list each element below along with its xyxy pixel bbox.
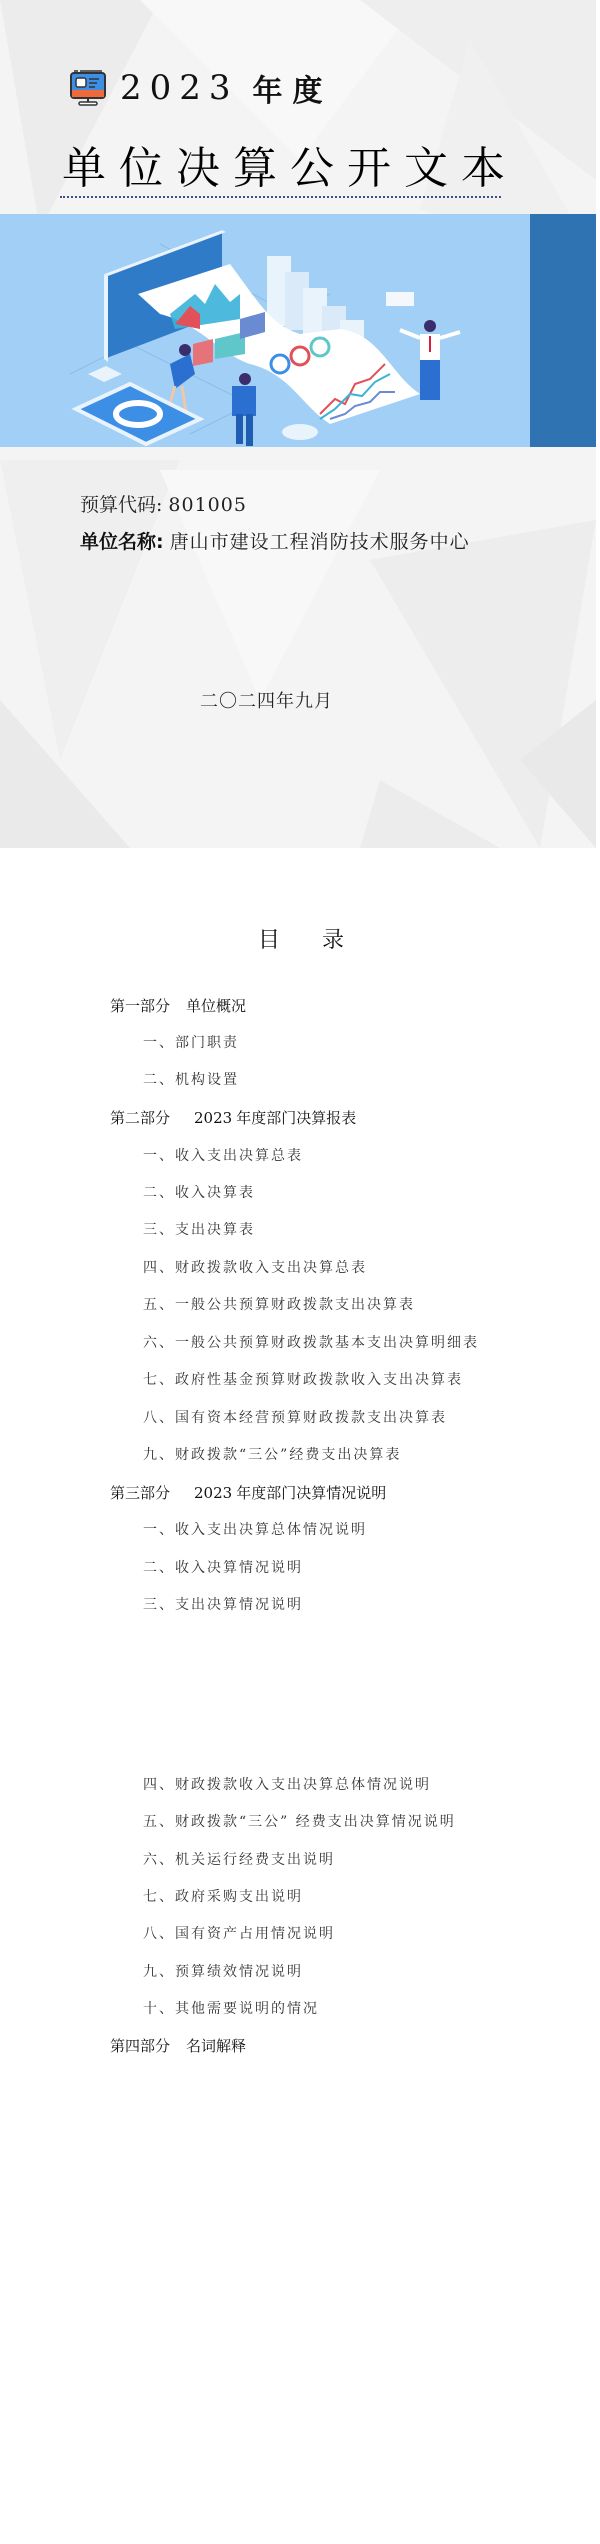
year-heading: 2023 年度 <box>68 68 333 108</box>
toc-part-2[interactable]: 第二部分2023年度部门决算报表 <box>110 1108 356 1128</box>
budget-code-value: 801005 <box>168 494 247 516</box>
budget-code-row: 预算代码:801005 <box>80 490 247 517</box>
publish-date: 二〇二四年九月 <box>200 687 333 713</box>
unit-name-label: 单位名称: <box>80 531 164 553</box>
toc-item[interactable]: 七、政府性基金预算财政拨款收入支出决算表 <box>143 1370 463 1390</box>
data-analysis-illustration <box>0 214 530 447</box>
cover-page: 2023 年度 单位决算公开文本 <box>0 0 596 848</box>
toc-item[interactable]: 四、财政拨款收入支出决算总体情况说明 <box>143 1775 431 1795</box>
report-year-suffix: 年度 <box>253 66 333 110</box>
toc-item[interactable]: 十、其他需要说明的情况 <box>143 1999 319 2019</box>
toc-item[interactable]: 一、收入支出决算总表 <box>143 1146 303 1166</box>
toc-item[interactable]: 二、收入决算表 <box>143 1183 255 1203</box>
monitor-icon <box>68 68 108 108</box>
toc-item[interactable]: 三、支出决算情况说明 <box>143 1595 303 1615</box>
toc-item[interactable]: 九、财政拨款“三公”经费支出决算表 <box>143 1445 401 1465</box>
toc-item[interactable]: 八、国有资本经营预算财政拨款支出决算表 <box>143 1408 447 1428</box>
toc-item[interactable]: 五、一般公共预算财政拨款支出决算表 <box>143 1295 415 1315</box>
toc-item[interactable]: 五、财政拨款“三公” 经费支出决算情况说明 <box>143 1812 456 1832</box>
banner-accent-block <box>530 214 596 447</box>
toc-item[interactable]: 八、国有资产占用情况说明 <box>143 1924 335 1944</box>
toc-item[interactable]: 六、一般公共预算财政拨款基本支出决算明细表 <box>143 1333 479 1353</box>
report-year: 2023 <box>120 68 239 108</box>
document-title: 单位决算公开文本 <box>62 132 518 196</box>
toc-item[interactable]: 七、政府采购支出说明 <box>143 1887 303 1907</box>
toc-heading-left: 目 <box>258 923 280 954</box>
unit-name-row: 单位名称:唐山市建设工程消防技术服务中心 <box>80 527 470 554</box>
toc-item[interactable]: 九、预算绩效情况说明 <box>143 1962 303 1982</box>
toc-heading-right: 录 <box>322 923 344 954</box>
toc-item[interactable]: 二、机构设置 <box>143 1070 239 1090</box>
toc-item[interactable]: 三、支出决算表 <box>143 1220 255 1240</box>
cover-illustration <box>0 214 530 447</box>
toc-item[interactable]: 四、财政拨款收入支出决算总表 <box>143 1258 367 1278</box>
toc-part-4[interactable]: 第四部分名词解释 <box>110 2036 246 2056</box>
toc-heading: 目录 <box>258 923 344 954</box>
unit-name-value: 唐山市建设工程消防技术服务中心 <box>170 531 470 553</box>
toc-part-1[interactable]: 第一部分单位概况 <box>110 996 246 1016</box>
title-divider <box>60 196 501 198</box>
toc-item[interactable]: 二、收入决算情况说明 <box>143 1558 303 1578</box>
toc-part-3[interactable]: 第三部分2023年度部门决算情况说明 <box>110 1483 386 1503</box>
toc-item[interactable]: 一、部门职责 <box>143 1033 239 1053</box>
toc-item[interactable]: 一、收入支出决算总体情况说明 <box>143 1520 367 1540</box>
budget-code-label: 预算代码: <box>80 494 162 516</box>
toc-item[interactable]: 六、机关运行经费支出说明 <box>143 1850 335 1870</box>
